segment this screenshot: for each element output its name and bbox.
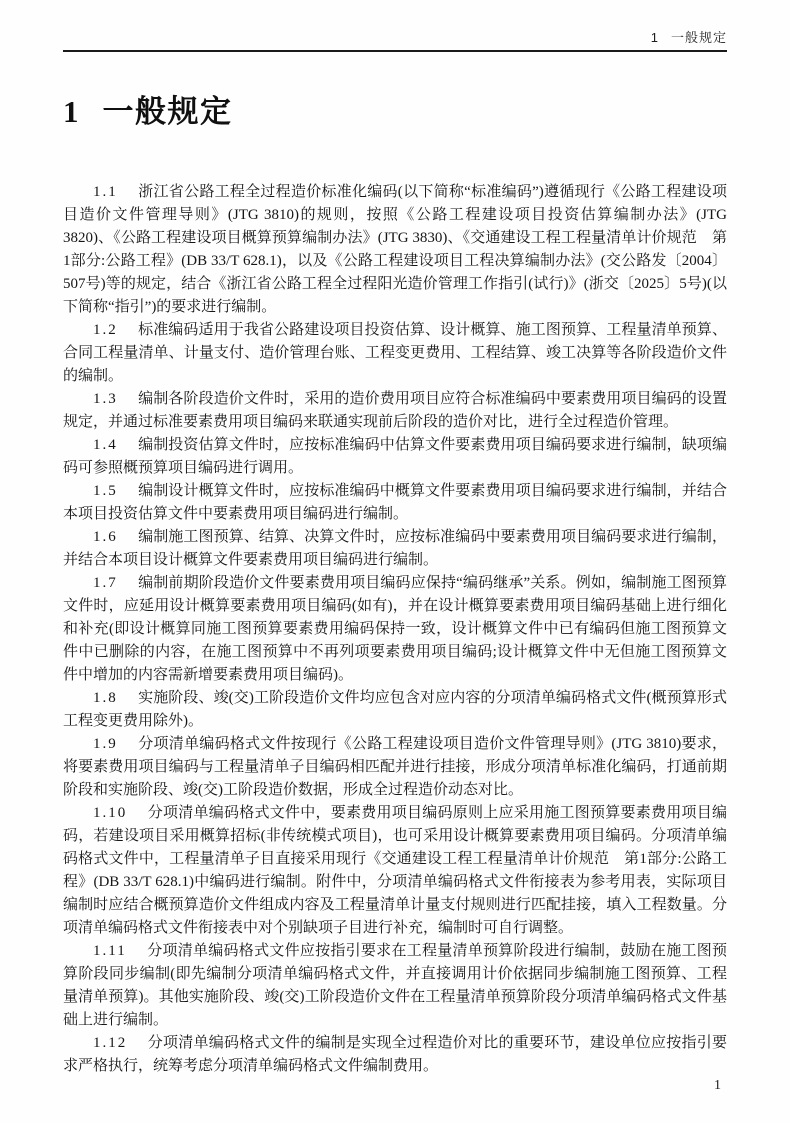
clause-1-1: 1.1浙江省公路工程全过程造价标准化编码(以下简称“标准编码”)遵循现行《公路工… <box>63 181 727 319</box>
chapter-title: 1一般规定 <box>63 93 233 130</box>
header-rule <box>63 50 727 52</box>
clause-number: 1.3 <box>93 391 118 407</box>
document-body: 1.1浙江省公路工程全过程造价标准化编码(以下简称“标准编码”)遵循现行《公路工… <box>63 181 727 1078</box>
chapter-title-text: 一般规定 <box>103 94 233 129</box>
clause-text: 实施阶段、竣(交)工阶段造价文件均应包含对应内容的分项清单编码格式文件(概预算形… <box>63 690 727 729</box>
clause-1-9: 1.9分项清单编码格式文件按现行《公路工程建设项目造价文件管理导则》(JTG 3… <box>63 733 727 802</box>
clause-number: 1.11 <box>93 943 127 959</box>
clause-number: 1.4 <box>93 437 118 453</box>
document-page: 1一般规定 1一般规定 1.1浙江省公路工程全过程造价标准化编码(以下简称“标准… <box>0 0 790 1123</box>
clause-text: 编制投资估算文件时，应按标准编码中估算文件要素费用项目编码要求进行编制，缺项编码… <box>63 437 727 476</box>
clause-text: 分项清单编码格式文件的编制是实现全过程造价对比的重要环节，建设单位应按指引要求严… <box>63 1035 727 1074</box>
clause-1-8: 1.8实施阶段、竣(交)工阶段造价文件均应包含对应内容的分项清单编码格式文件(概… <box>63 687 727 733</box>
clause-number: 1.8 <box>93 690 118 706</box>
clause-number: 1.6 <box>93 529 118 545</box>
clause-text: 编制设计概算文件时，应按标准编码中概算文件要素费用项目编码要求进行编制，并结合本… <box>63 483 727 522</box>
clause-1-3: 1.3编制各阶段造价文件时，采用的造价费用项目应符合标准编码中要素费用项目编码的… <box>63 388 727 434</box>
clause-number: 1.7 <box>93 575 118 591</box>
clause-text: 标准编码适用于我省公路建设项目投资估算、设计概算、施工图预算、工程量清单预算、合… <box>63 322 727 384</box>
clause-1-6: 1.6编制施工图预算、结算、决算文件时，应按标准编码中要素费用项目编码要求进行编… <box>63 526 727 572</box>
clause-number: 1.5 <box>93 483 118 499</box>
clause-number: 1.9 <box>93 736 118 752</box>
chapter-number: 1 <box>63 94 79 129</box>
clause-number: 1.2 <box>93 322 118 338</box>
clause-text: 编制前期阶段造价文件要素费用项目编码应保持“编码继承”关系。例如，编制施工图预算… <box>63 575 727 683</box>
clause-1-5: 1.5编制设计概算文件时，应按标准编码中概算文件要素费用项目编码要求进行编制，并… <box>63 480 727 526</box>
running-header-chapter-title: 一般规定 <box>671 30 727 45</box>
clause-1-4: 1.4编制投资估算文件时，应按标准编码中估算文件要素费用项目编码要求进行编制，缺… <box>63 434 727 480</box>
clause-1-2: 1.2标准编码适用于我省公路建设项目投资估算、设计概算、施工图预算、工程量清单预… <box>63 319 727 388</box>
running-header: 1一般规定 <box>63 27 727 46</box>
clause-number: 1.12 <box>93 1035 127 1051</box>
clause-text: 分项清单编码格式文件应按指引要求在工程量清单预算阶段进行编制，鼓励在施工图预算阶… <box>63 943 727 1028</box>
clause-text: 分项清单编码格式文件按现行《公路工程建设项目造价文件管理导则》(JTG 3810… <box>63 736 727 798</box>
clause-number: 1.1 <box>93 184 118 200</box>
clause-1-12: 1.12分项清单编码格式文件的编制是实现全过程造价对比的重要环节，建设单位应按指… <box>63 1032 727 1078</box>
clause-1-11: 1.11分项清单编码格式文件应按指引要求在工程量清单预算阶段进行编制，鼓励在施工… <box>63 940 727 1032</box>
clause-text: 编制施工图预算、结算、决算文件时，应按标准编码中要素费用项目编码要求进行编制，并… <box>63 529 727 568</box>
clause-text: 编制各阶段造价文件时，采用的造价费用项目应符合标准编码中要素费用项目编码的设置规… <box>63 391 727 430</box>
clause-text: 分项清单编码格式文件中，要素费用项目编码原则上应采用施工图预算要素费用项目编码，… <box>63 805 727 936</box>
clause-number: 1.10 <box>93 805 127 821</box>
clause-1-10: 1.10分项清单编码格式文件中，要素费用项目编码原则上应采用施工图预算要素费用项… <box>63 802 727 940</box>
running-header-chapter-number: 1 <box>651 30 658 45</box>
clause-1-7: 1.7编制前期阶段造价文件要素费用项目编码应保持“编码继承”关系。例如，编制施工… <box>63 572 727 687</box>
page-number: 1 <box>714 1078 721 1094</box>
clause-text: 浙江省公路工程全过程造价标准化编码(以下简称“标准编码”)遵循现行《公路工程建设… <box>63 184 727 315</box>
